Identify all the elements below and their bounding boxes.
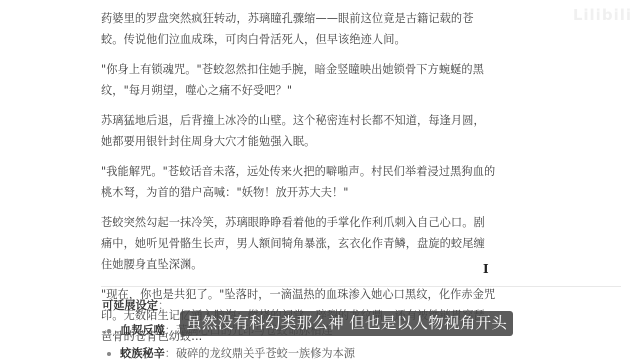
extension-heading: 可延展设定： (102, 297, 169, 313)
extension-item-term: 血契反噬 (120, 324, 165, 337)
section-divider (101, 286, 621, 287)
video-subtitle: 虽然没有科幻类那么神 但也是以人物视角开头 (180, 311, 513, 336)
video-watermark: Lilibili (573, 6, 632, 24)
extension-item-term: 蛟族秘辛 (120, 347, 165, 360)
story-paragraph-4: "我能解咒。"苍蛟话音未落，远处传来火把的噼啪声。村民们举着浸过黑狗血的桃木弩，… (101, 161, 496, 203)
extension-heading-colon: ： (158, 299, 169, 312)
extension-heading-text: 可延展设定 (102, 299, 158, 312)
story-paragraph-2: "你身上有锁魂咒。"苍蛟忽然扣住她手腕，暗金竖瞳映出她锁骨下方蜿蜒的黑纹，"每月… (101, 59, 496, 101)
extension-item-colon: ： (165, 347, 176, 360)
bullet-dot-icon (107, 329, 111, 333)
extension-item-text: 破碎的龙纹鼎关乎苍蛟一族修为本源 (176, 347, 355, 360)
story-paragraph-3: 苏璃猛地后退，后背撞上冰冷的山壁。这个秘密连村长都不知道，每逢月圆，她都要用银针… (101, 110, 496, 152)
story-paragraph-5: 苍蛟突然勾起一抹冷笑，苏璃眼睁睁看着他的手掌化作利爪刺入自己心口。剧痛中，她听见… (101, 212, 496, 275)
bullet-dot-icon (107, 352, 111, 356)
extension-item: 蛟族秘辛：破碎的龙纹鼎关乎苍蛟一族修为本源 (107, 345, 355, 360)
extension-item-colon: ： (165, 324, 176, 337)
text-cursor-icon: I (483, 262, 489, 276)
story-paragraph-1: 药婆里的罗盘突然疯狂转动，苏璃瞳孔骤缩——眼前这位竟是古籍记载的苍蛟。传说他们泣… (101, 8, 496, 50)
